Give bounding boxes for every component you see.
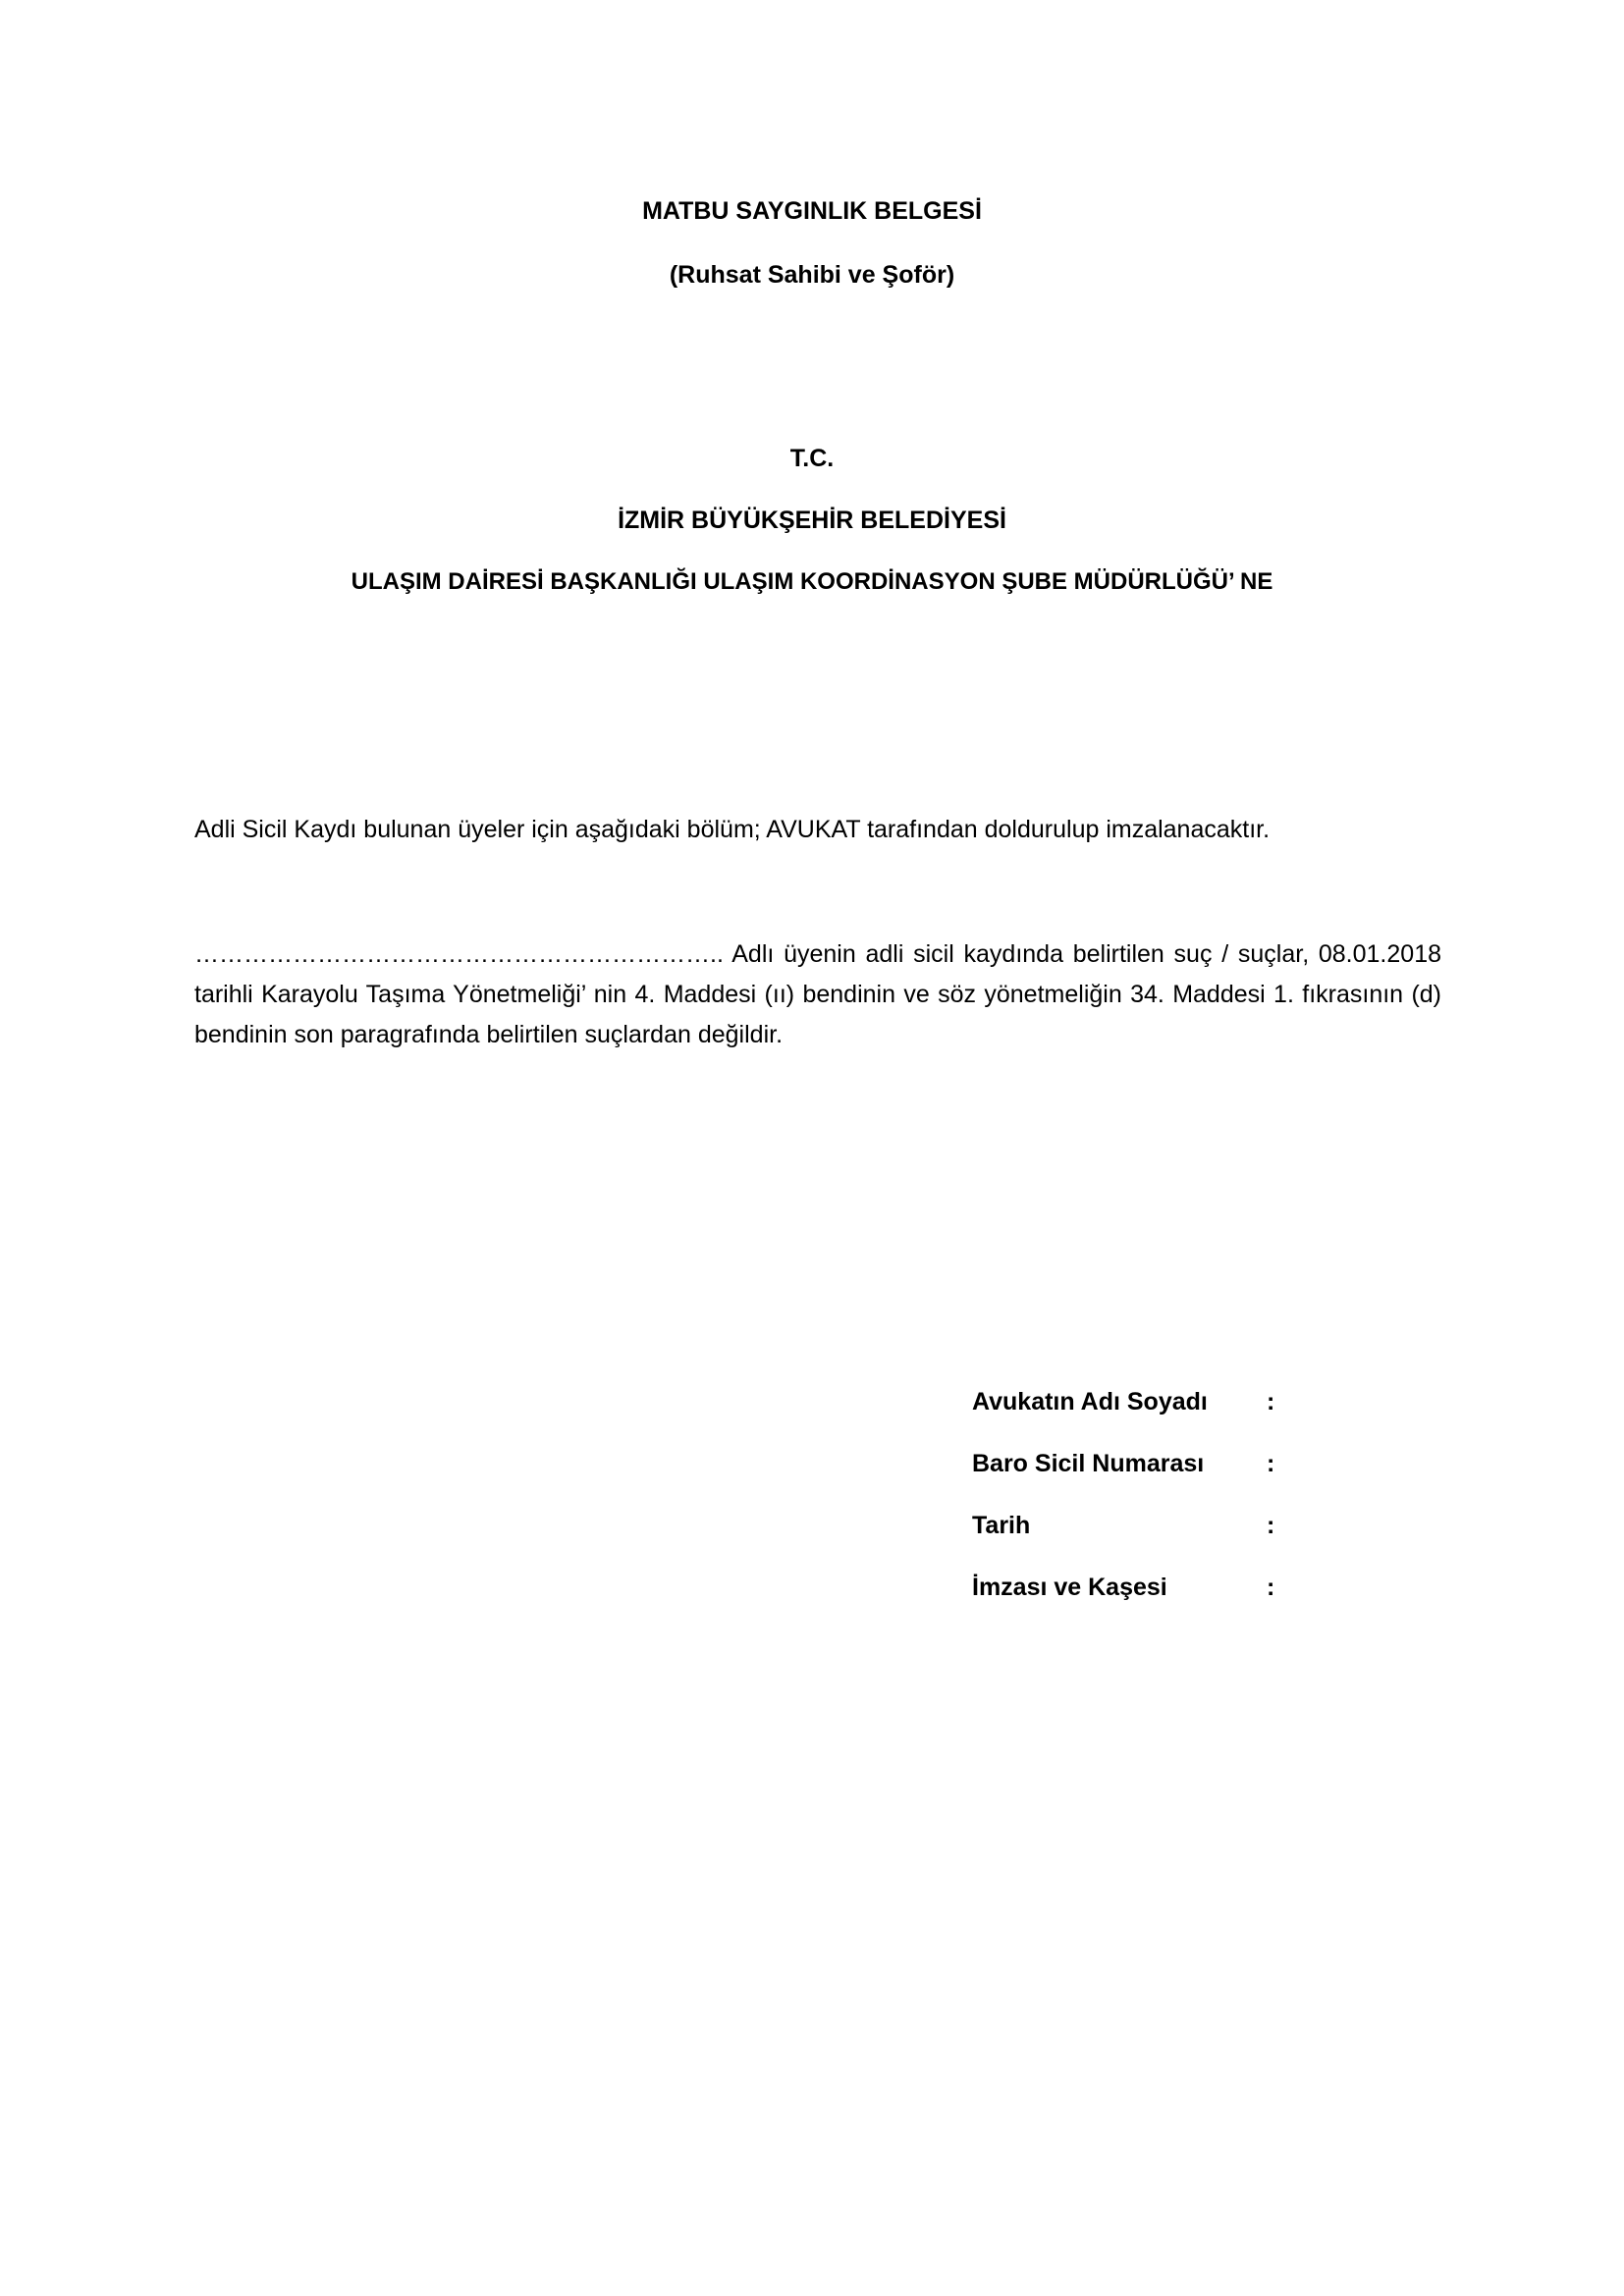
field-label: İmzası ve Kaşesi bbox=[972, 1573, 1167, 1602]
statement-paragraph: ……………………………………………………….. Adlı üyenin adli… bbox=[194, 934, 1441, 1055]
addressee-country: T.C. bbox=[0, 444, 1624, 473]
field-separator: : bbox=[1267, 1387, 1274, 1416]
field-separator: : bbox=[1267, 1449, 1274, 1478]
addressee-department: ULAŞIM DAİRESİ BAŞKANLIĞI ULAŞIM KOORDİN… bbox=[0, 567, 1624, 597]
field-label: Baro Sicil Numarası bbox=[972, 1449, 1204, 1478]
document-subtitle: (Ruhsat Sahibi ve Şoför) bbox=[0, 260, 1624, 290]
field-separator: : bbox=[1267, 1511, 1274, 1540]
addressee-organization: İZMİR BÜYÜKŞEHİR BELEDİYESİ bbox=[0, 506, 1624, 535]
field-separator: : bbox=[1267, 1573, 1274, 1602]
intro-paragraph: Adli Sicil Kaydı bulunan üyeler için aşa… bbox=[194, 815, 1441, 844]
field-label: Tarih bbox=[972, 1511, 1030, 1540]
document-title: MATBU SAYGINLIK BELGESİ bbox=[0, 196, 1624, 226]
field-label: Avukatın Adı Soyadı bbox=[972, 1387, 1208, 1416]
